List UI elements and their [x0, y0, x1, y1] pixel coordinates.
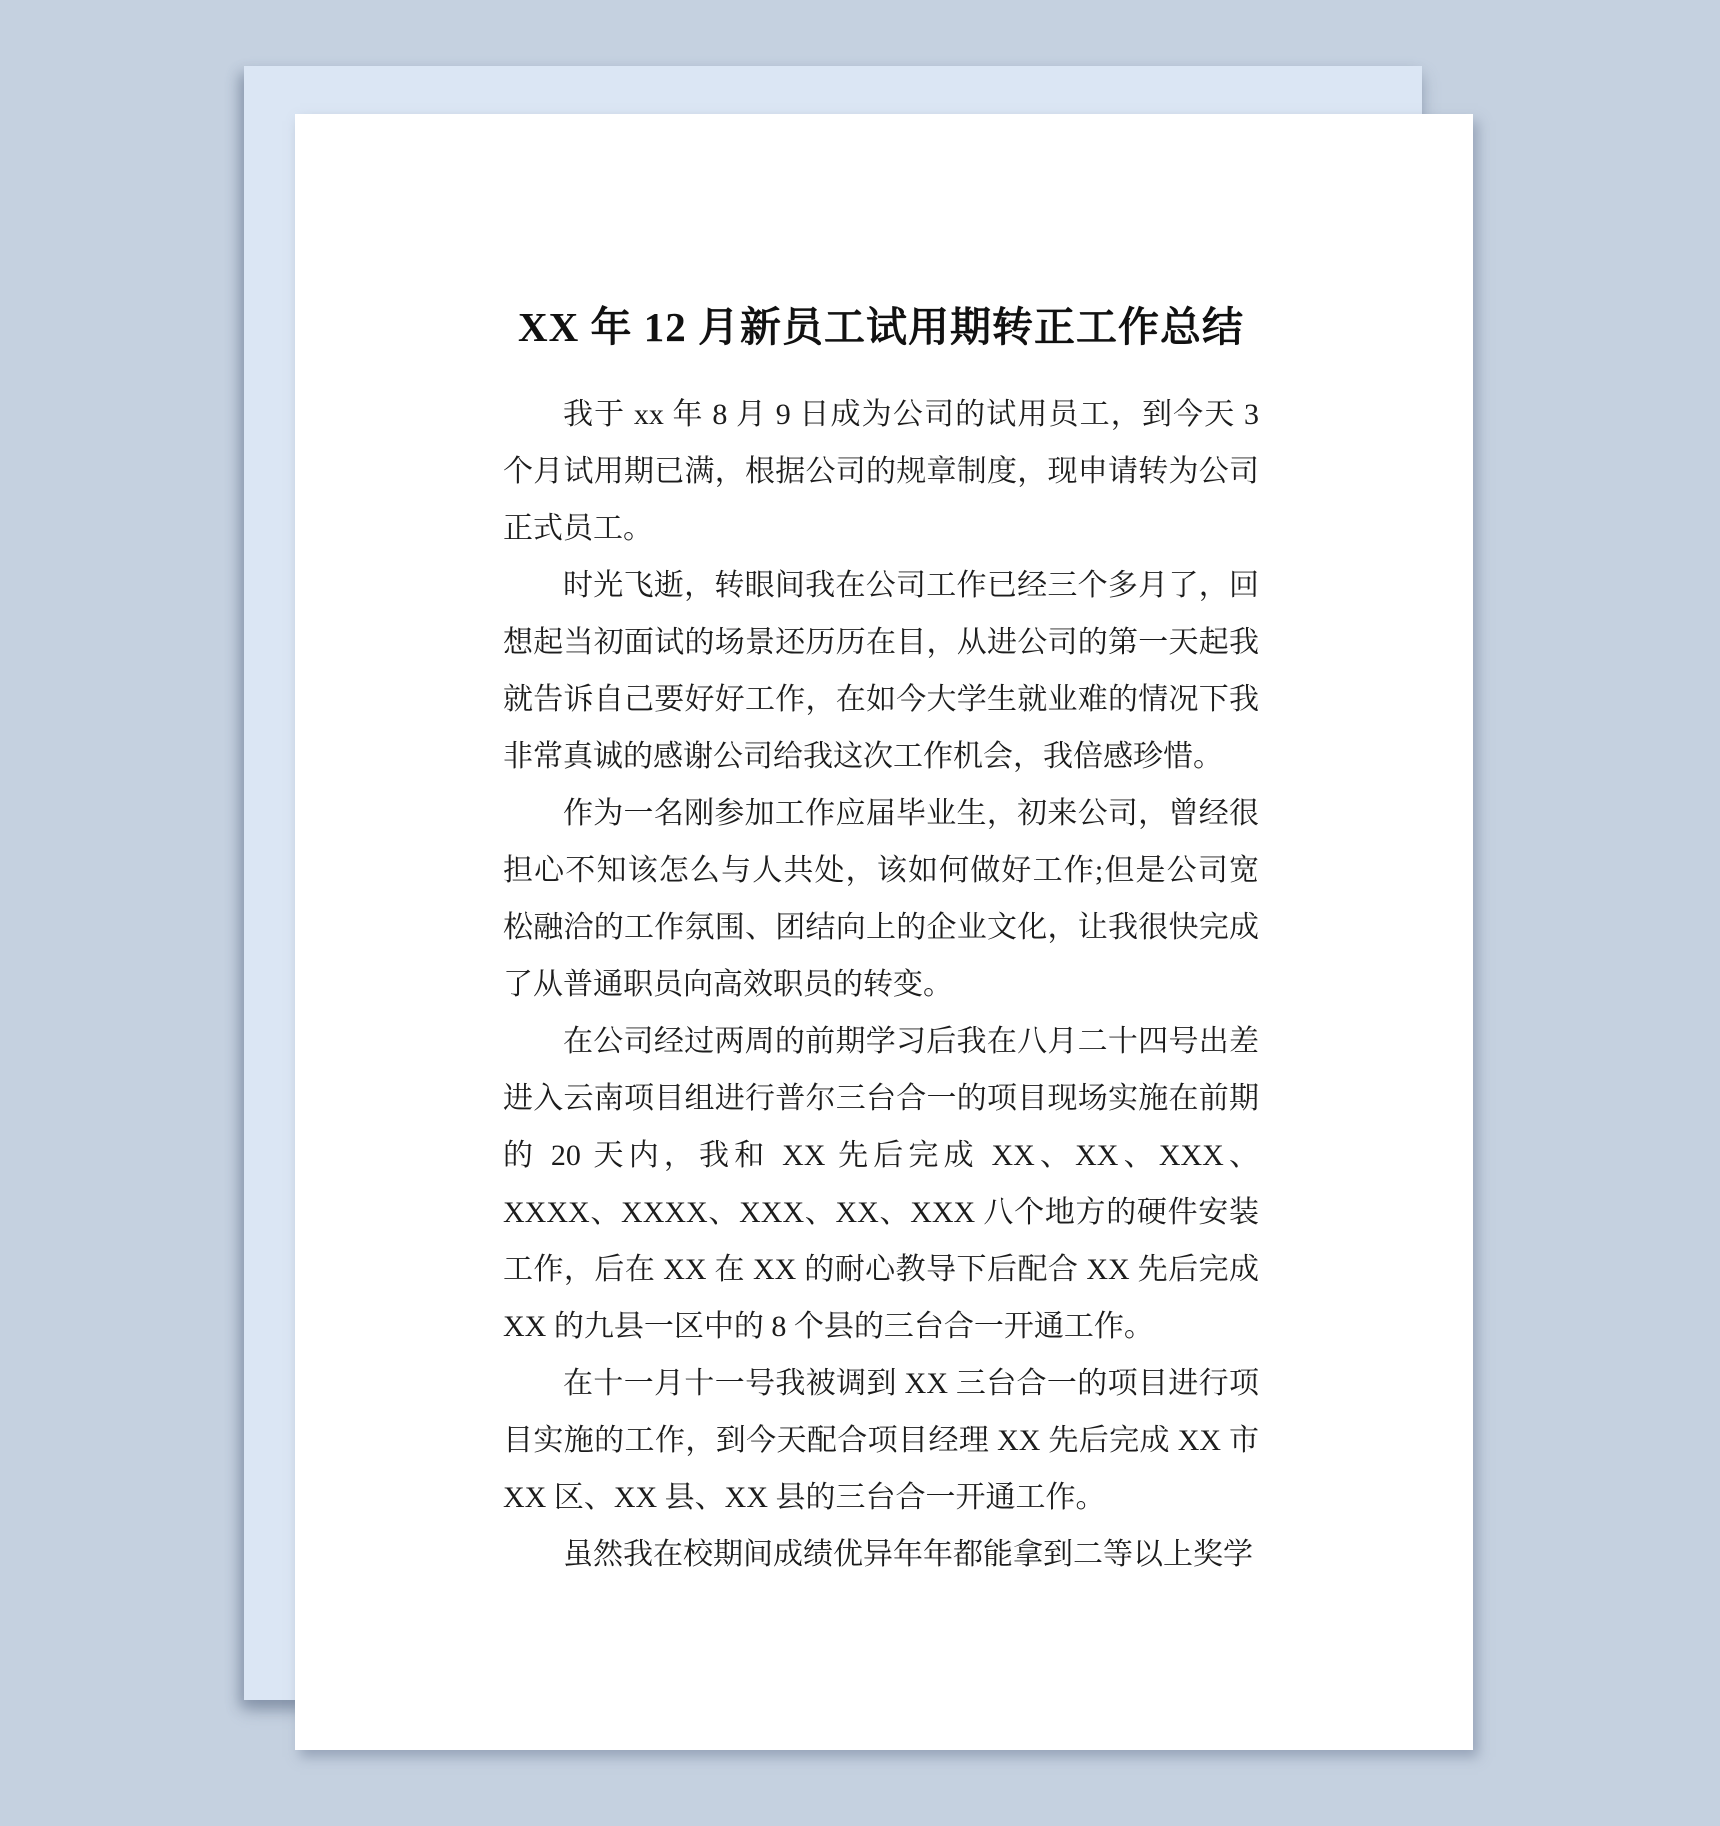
- document-paragraph: 我于 xx 年 8 月 9 日成为公司的试用员工，到今天 3 个月试用期已满，根…: [503, 386, 1259, 557]
- document-paragraph: 时光飞逝，转眼间我在公司工作已经三个多月了，回想起当初面试的场景还历历在目，从进…: [503, 557, 1259, 785]
- document-paragraph: 作为一名刚参加工作应届毕业生，初来公司，曾经很担心不知该怎么与人共处，该如何做好…: [503, 785, 1259, 1013]
- document-content: XX 年 12 月新员工试用期转正工作总结 我于 xx 年 8 月 9 日成为公…: [503, 300, 1259, 1583]
- document-body: 我于 xx 年 8 月 9 日成为公司的试用员工，到今天 3 个月试用期已满，根…: [503, 386, 1259, 1583]
- document-page: XX 年 12 月新员工试用期转正工作总结 我于 xx 年 8 月 9 日成为公…: [295, 114, 1473, 1750]
- document-paragraph: 在十一月十一号我被调到 XX 三台合一的项目进行项目实施的工作，到今天配合项目经…: [503, 1355, 1259, 1526]
- document-paragraph: 在公司经过两周的前期学习后我在八月二十四号出差进入云南项目组进行普尔三台合一的项…: [503, 1013, 1259, 1355]
- document-paragraph: 虽然我在校期间成绩优异年年都能拿到二等以上奖学: [503, 1526, 1259, 1583]
- document-title: XX 年 12 月新员工试用期转正工作总结: [503, 300, 1259, 354]
- desktop-background: { "document": { "title": "XX 年 12 月新员工试用…: [0, 0, 1720, 1826]
